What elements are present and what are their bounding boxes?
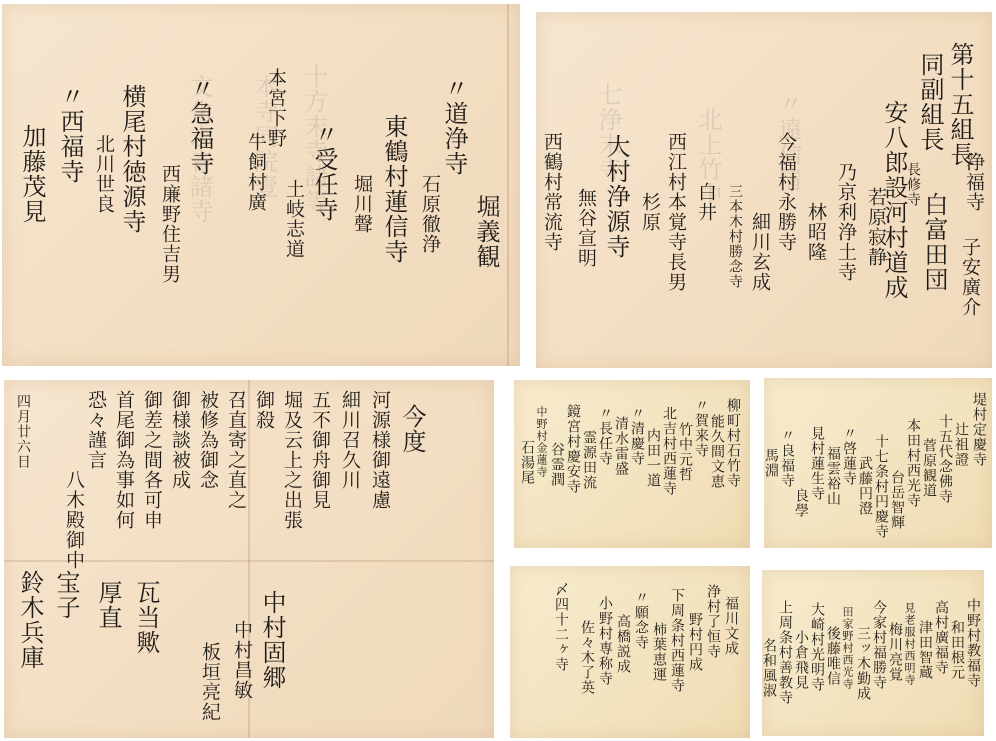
manuscript-column: 西廉野住吉男: [160, 164, 179, 284]
manuscript-column: 後藤唯信: [826, 626, 840, 686]
fold-line: [507, 4, 509, 366]
manuscript-column: 上周条村善教寺: [778, 600, 792, 705]
manuscript-column: 田家野村西光寺: [842, 606, 853, 690]
manuscript-column: 名和風淑: [762, 638, 776, 698]
manuscript-column: 白富田団: [922, 192, 946, 292]
manuscript-column: 武藤円澄: [858, 456, 872, 516]
manuscript-column: 〃道浄寺: [442, 76, 466, 176]
manuscript-column: 横尾村徳源寺: [120, 84, 144, 234]
manuscript-column: 北吉村西蓮寺: [662, 406, 676, 496]
manuscript-column: 堀義観: [474, 194, 498, 269]
manuscript-column: 〃良福寺: [780, 428, 794, 488]
manuscript-column: 三ッ木勤成: [856, 626, 870, 701]
manuscript-column: 堀川聲: [352, 174, 371, 234]
manuscript-column: 本宮下野: [266, 68, 285, 148]
manuscript-column: 大崎村光明寺: [810, 602, 824, 692]
manuscript-column: 加藤茂見: [20, 124, 44, 224]
manuscript-column: 北川世良: [94, 134, 113, 214]
letter-column: 御差之間各可申: [142, 390, 161, 530]
manuscript-column: 十五代念佛寺: [938, 414, 952, 504]
signature: 瓦当歟: [134, 580, 158, 655]
manuscript-column: 石原徹浄: [420, 174, 439, 254]
manuscript-column: 鏡宮村慶安寺: [566, 404, 580, 494]
manuscript-column: 今家村福勝寺: [872, 600, 886, 690]
manuscript-column: 本田村西光寺: [906, 418, 920, 508]
manuscript-column: 〆四十二ヶ寺: [554, 582, 568, 672]
manuscript-column: 西鶴村常流寺: [542, 132, 561, 252]
manuscript-column: 浄村了恒寺: [706, 584, 720, 659]
manuscript-sheet-top-right: 七浄末寺 北上竹中 〃遠信清 第十五組長 同副組長 安八郎設河村道成 若原寂静 …: [536, 12, 992, 368]
manuscript-column: 無谷宣明: [576, 188, 595, 268]
manuscript-column: 柳町村石竹寺: [726, 398, 740, 488]
manuscript-column: 〃急福寺: [188, 76, 212, 176]
manuscript-column: 〃願念寺: [634, 590, 648, 650]
manuscript-sheet-bottom-right: 中野村教福寺 和田根元 高村廣福寺 津田智蔵 見老服村西明寺 梅川亮覚 今家村福…: [762, 570, 984, 736]
manuscript-column: 内田一道: [646, 428, 660, 488]
manuscript-column: 見村蓮生寺: [810, 426, 824, 501]
manuscript-column: 〃長任寺: [598, 406, 612, 466]
manuscript-column: 三本木村勝念寺: [728, 184, 742, 289]
manuscript-column: 林昭隆: [806, 202, 825, 262]
manuscript-column: 能久間文恵: [710, 414, 724, 489]
manuscript-column: 中野村教福寺: [966, 598, 980, 688]
manuscript-column: 大村浄源寺: [604, 134, 628, 259]
manuscript-sheet-letter: 今度 河源様御遠慮 細川召久川 五不御舟御見 堀及云上之出張 御殺 召直寄之直之…: [4, 380, 494, 738]
manuscript-column: 梅川亮覚: [888, 622, 902, 682]
manuscript-column: 清水雷盛: [614, 416, 628, 476]
letter-column: 恐々謹言: [86, 390, 105, 470]
manuscript-column: 堤村定慶寺: [972, 392, 986, 467]
manuscript-column: 牛飼村廣: [246, 132, 265, 212]
manuscript-column: 土岐志道: [284, 179, 303, 259]
manuscript-column: 柿葉恵運: [652, 622, 666, 682]
signature: 宝子: [54, 570, 78, 620]
letter-column: 御様談被成: [170, 390, 189, 490]
manuscript-column: 西江村本覚寺長男: [666, 132, 685, 292]
manuscript-column: 中野村金蓮寺: [536, 406, 547, 478]
manuscript-column: 乃京利浄土寺: [836, 162, 855, 282]
letter-column: 今度: [400, 404, 424, 454]
letter-column: 河源様御遠慮: [370, 390, 389, 510]
manuscript-column: 細川玄成: [750, 212, 769, 292]
manuscript-column: 谷霊潤: [550, 442, 564, 487]
letter-column: 首尾御為事如何: [114, 390, 133, 530]
manuscript-column: 〃賀来寺: [694, 398, 708, 458]
manuscript-column: 十七条村円慶寺: [874, 434, 888, 539]
manuscript-sheet-top-left: 十方末寺諸等 本寺同院壹 文化志音諸寺 堀義観 〃道浄寺 石原徹浄 東鶴村蓮信寺…: [2, 4, 520, 366]
manuscript-column: 〃清慶寺: [630, 406, 644, 466]
manuscript-column: 良學: [794, 488, 808, 518]
manuscript-column: 同副組長: [918, 52, 942, 152]
manuscript-column: 菅原観道: [922, 438, 936, 498]
manuscript-column: 白井: [696, 182, 715, 222]
manuscript-column: 小倉飛見: [794, 630, 808, 690]
manuscript-column: 東鶴村蓮信寺: [382, 114, 406, 264]
manuscript-column: 小野村専称寺: [598, 596, 612, 686]
manuscript-column: 〃西福寺: [58, 84, 82, 184]
signature: 鈴木兵庫: [18, 570, 42, 670]
letter-column: 召直寄之直之: [226, 390, 245, 510]
manuscript-column: 馬淵: [764, 448, 778, 478]
manuscript-column: 〃啓蓮寺: [842, 426, 856, 486]
signature: 厚直: [96, 580, 120, 630]
manuscript-column: 子安廣介: [960, 237, 979, 317]
manuscript-column: 第十五組長: [948, 42, 972, 167]
signature: 中村固郷: [260, 590, 284, 690]
manuscript-column: 霊源田流: [582, 430, 596, 490]
manuscript-column: 石湯尾: [520, 440, 534, 485]
manuscript-column: 佐々木了英: [580, 620, 594, 695]
signature: 板垣亮紀: [200, 642, 219, 722]
manuscript-column: 杉原: [640, 192, 659, 232]
manuscript-column: 〃受任寺: [312, 122, 336, 222]
manuscript-sheet-bottom-middle: 福川文成 浄村了恒寺 野村円成 下周条村西蓮寺 柿葉恵運 〃願念寺 高橋説成 小…: [510, 566, 750, 738]
manuscript-column: 浄福寺: [964, 152, 983, 212]
manuscript-column: 野村円成: [688, 612, 702, 672]
manuscript-column: 台岳智輝: [890, 470, 904, 530]
letter-column: 堀及云上之出張: [282, 390, 301, 530]
manuscript-sheet-middle-right: 堤村定慶寺 辻祖證 十五代念佛寺 菅原観道 本田村西光寺 台岳智輝 十七条村円慶…: [764, 378, 992, 548]
manuscript-column: 今福村永勝寺: [776, 132, 795, 252]
signature: 中村昌敏: [232, 620, 251, 700]
letter-column: 被修為御念: [198, 390, 217, 490]
letter-column: 細川召久川: [340, 390, 359, 490]
manuscript-column: 見老服村西明寺: [904, 602, 915, 686]
manuscript-column: 津田智蔵: [918, 620, 932, 680]
manuscript-column: 福雲裕山: [826, 446, 840, 506]
manuscript-column: 下周条村西蓮寺: [670, 588, 684, 693]
manuscript-column: 福川文成: [724, 596, 738, 656]
manuscript-column: 若原寂静: [866, 187, 885, 267]
letter-date: 四月廿六日: [16, 394, 30, 469]
manuscript-column: 辻祖證: [954, 422, 968, 467]
manuscript-column: 高橋説成: [616, 614, 630, 674]
manuscript-column: 和田根元: [950, 620, 964, 680]
letter-column: 御殺: [254, 390, 273, 430]
manuscript-column: 長修寺: [906, 162, 920, 207]
manuscript-column: 竹中元哲: [678, 422, 692, 482]
letter-column: 八木殿御中: [64, 470, 83, 570]
manuscript-column: 高村廣福寺: [934, 600, 948, 675]
letter-column: 五不御舟御見: [310, 390, 329, 510]
manuscript-sheet-middle-left: 柳町村石竹寺 能久間文恵 〃賀来寺 竹中元哲 北吉村西蓮寺 内田一道 〃清慶寺 …: [514, 380, 750, 548]
